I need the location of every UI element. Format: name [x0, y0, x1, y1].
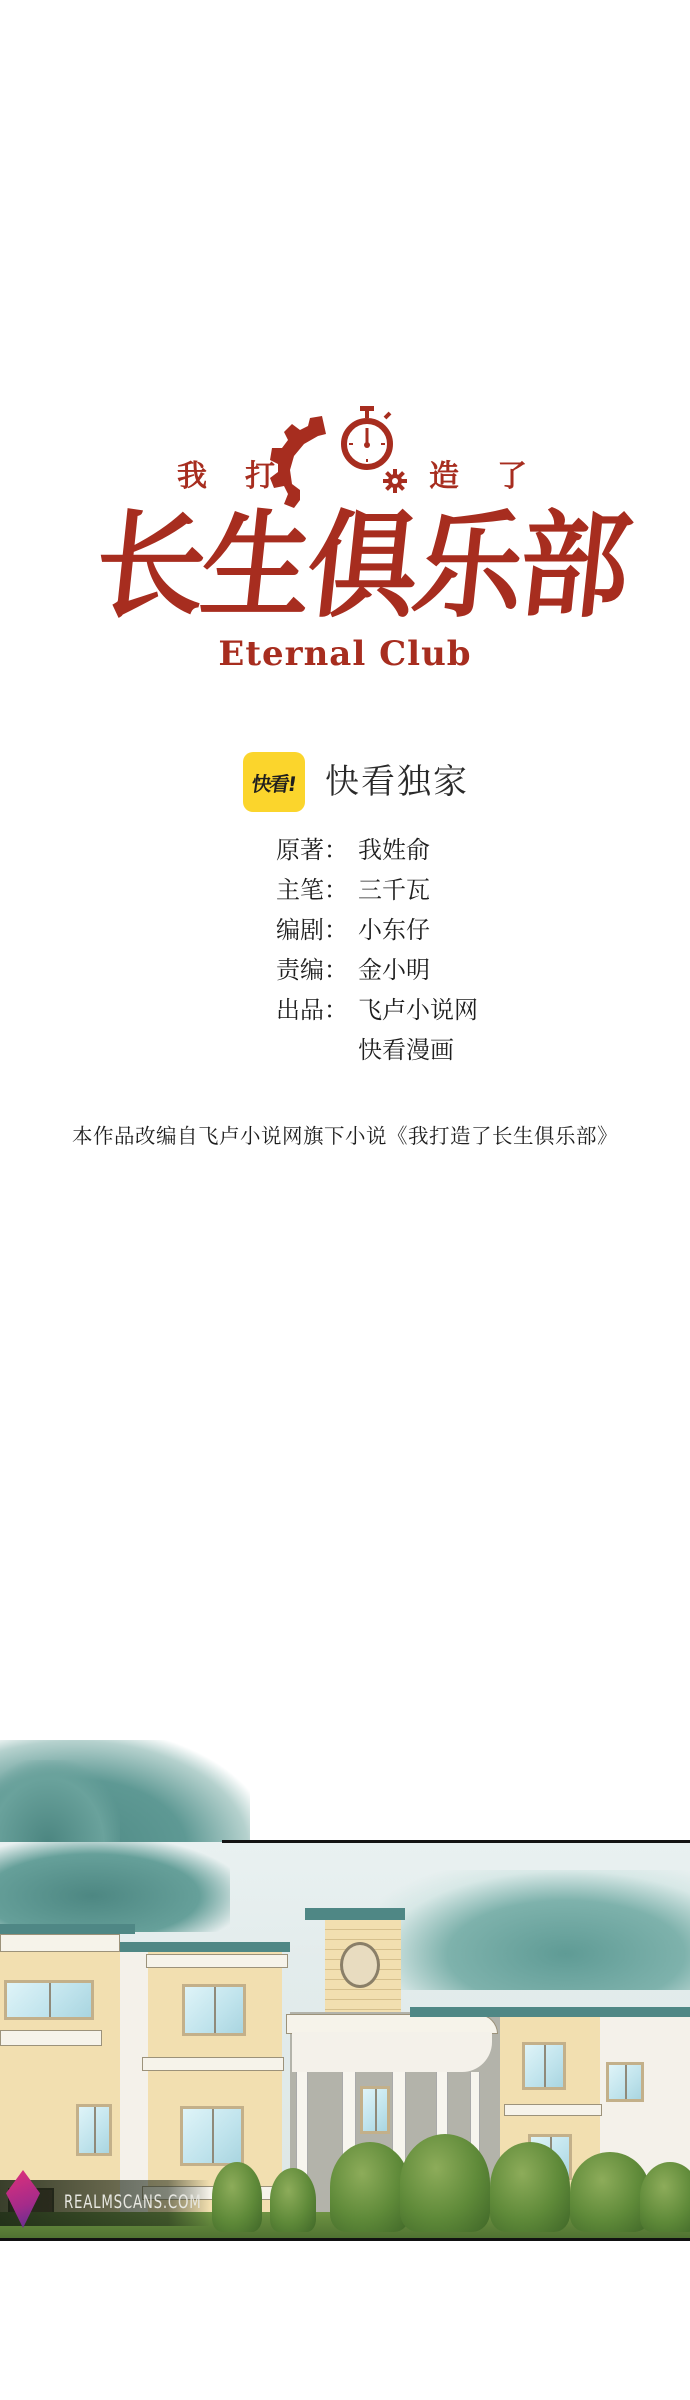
bush — [212, 2162, 262, 2232]
exclusive-label: 快看独家 — [325, 760, 469, 804]
window — [4, 1980, 94, 2020]
credit-role: 原著： — [276, 830, 358, 870]
window — [606, 2062, 644, 2102]
credit-role: 主笔： — [276, 870, 358, 910]
rotunda-entablature — [292, 2032, 492, 2072]
rotunda-balustrade — [286, 2014, 498, 2034]
title-char: 俱 — [300, 493, 421, 640]
bush — [640, 2162, 690, 2232]
watermark-text: REALMSCANS.COM — [64, 2190, 202, 2214]
english-title: Eternal Club — [0, 634, 690, 674]
roof-bay — [120, 1942, 290, 1952]
credit-row-producer-2: 快看漫画 — [276, 1030, 478, 1070]
subtitle-char: 了 — [497, 462, 527, 492]
cornice-bay — [146, 1954, 288, 1968]
panel-border-bottom — [0, 2238, 690, 2241]
credit-name: 我姓俞 — [358, 830, 430, 870]
credit-name: 金小明 — [358, 950, 430, 990]
trees-left-inner — [0, 1842, 230, 1932]
small-gear-icon — [382, 468, 408, 494]
roof-right — [410, 2007, 690, 2017]
credit-row-producer: 出品： 飞卢小说网 — [276, 990, 478, 1030]
roof-left — [0, 1924, 135, 1934]
credit-row-lead-artist: 主笔： 三千瓦 — [276, 870, 478, 910]
window — [182, 1984, 246, 2036]
credit-role: 责编： — [276, 950, 358, 990]
tower-roof — [305, 1908, 405, 1920]
adaptation-note: 本作品改编自飞卢小说网旗下小说《我打造了长生俱乐部》 — [0, 1120, 690, 1152]
credit-role — [276, 1030, 358, 1070]
subtitle-char: 我 — [177, 462, 207, 492]
ledge — [504, 2104, 602, 2116]
title-char: 生 — [194, 493, 315, 640]
bush — [400, 2134, 490, 2232]
credit-row-original-author: 原著： 我姓俞 — [276, 830, 478, 870]
stopwatch-icon — [338, 404, 398, 476]
window — [76, 2104, 112, 2156]
bush — [490, 2142, 570, 2232]
bush — [330, 2142, 410, 2232]
credit-name: 飞卢小说网 — [358, 990, 478, 1030]
badge-label: 快看! — [250, 768, 297, 797]
credit-row-editor: 责编： 金小明 — [276, 950, 478, 990]
bush — [270, 2168, 316, 2232]
trees-right — [380, 1870, 690, 1990]
window — [522, 2042, 566, 2090]
credit-name: 三千瓦 — [358, 870, 430, 910]
credit-role: 出品： — [276, 990, 358, 1030]
title-char: 乐 — [406, 493, 527, 640]
ledge — [142, 2057, 284, 2071]
main-title: 长 生 俱 乐 部 — [96, 496, 606, 636]
subtitle-char: 打 — [245, 462, 275, 492]
credit-name: 快看漫画 — [358, 1030, 454, 1070]
cornice-left — [0, 1934, 120, 1952]
title-char: 长 — [88, 493, 209, 640]
credit-row-screenwriter: 编剧： 小东仔 — [276, 910, 478, 950]
bush — [570, 2152, 650, 2232]
window — [360, 2086, 390, 2134]
credit-name: 小东仔 — [358, 910, 430, 950]
credit-role: 编剧： — [276, 910, 358, 950]
clock-icon — [340, 1942, 380, 1988]
subtitle-char: 造 — [429, 462, 459, 492]
balcony-left — [0, 2030, 102, 2046]
title-char: 部 — [512, 493, 633, 640]
credits-list: 原著： 我姓俞 主笔： 三千瓦 编剧： 小东仔 责编： 金小明 出品： 飞卢小说… — [276, 830, 478, 1070]
window — [180, 2106, 244, 2166]
kuaikan-logo-badge: 快看! — [243, 752, 305, 812]
panel-border-top — [222, 1840, 690, 1843]
